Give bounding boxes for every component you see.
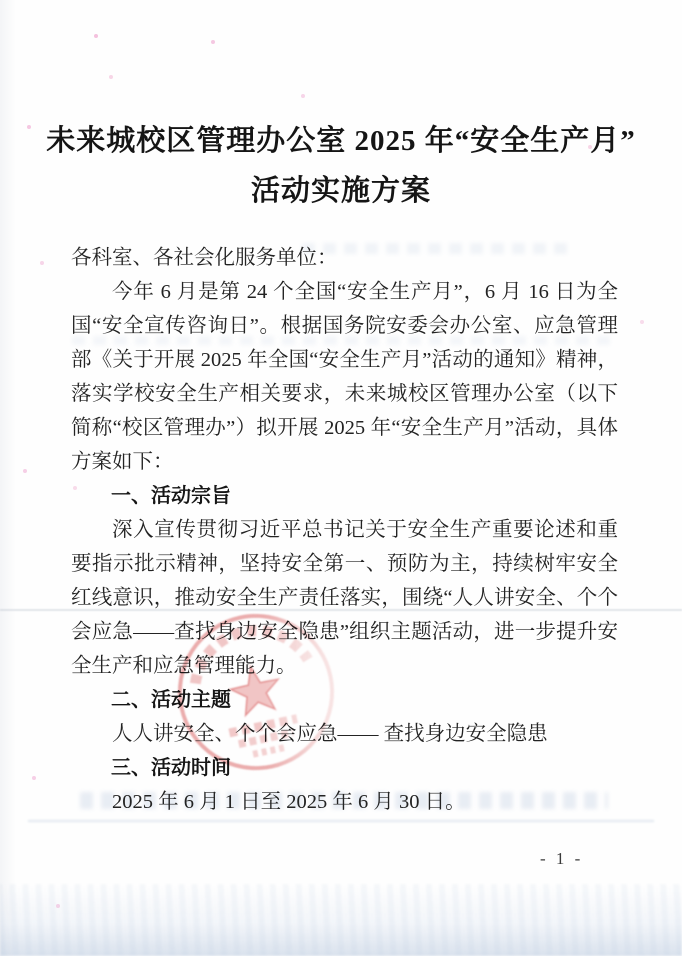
section-2-heading: 二、活动主题 — [71, 683, 618, 717]
document-title: 未来城校区管理办公室 2025 年“安全生产月” 活动实施方案 — [0, 116, 682, 216]
section-2-body: 人人讲安全、个个会应急—— 查找身边安全隐患 — [71, 717, 618, 751]
scanned-document-page: 未来城校区管理办公室 2025 年“安全生产月” 活动实施方案 各科室、各社会化… — [0, 0, 682, 956]
salutation: 各科室、各社会化服务单位： — [71, 241, 618, 275]
scan-bottom-noise — [0, 884, 682, 956]
section-1-body: 深入宣传贯彻习近平总书记关于安全生产重要论述和重要指示批示精神，坚持安全第一、预… — [71, 513, 618, 683]
bleedthrough-line — [28, 820, 654, 822]
document-body: 各科室、各社会化服务单位： 今年 6 月是第 24 个全国“安全生产月”，6 月… — [71, 241, 618, 819]
section-3-body: 2025 年 6 月 1 日至 2025 年 6 月 30 日。 — [71, 785, 618, 819]
intro-paragraph: 今年 6 月是第 24 个全国“安全生产月”，6 月 16 日为全国“安全宣传咨… — [71, 275, 618, 479]
page-number: - 1 - — [540, 849, 583, 869]
document-title-line-2: 活动实施方案 — [0, 166, 682, 216]
document-title-line-1: 未来城校区管理办公室 2025 年“安全生产月” — [0, 116, 682, 166]
section-3-heading: 三、活动时间 — [71, 751, 618, 785]
section-1-heading: 一、活动宗旨 — [71, 479, 618, 513]
scan-speckles — [0, 0, 2, 2]
